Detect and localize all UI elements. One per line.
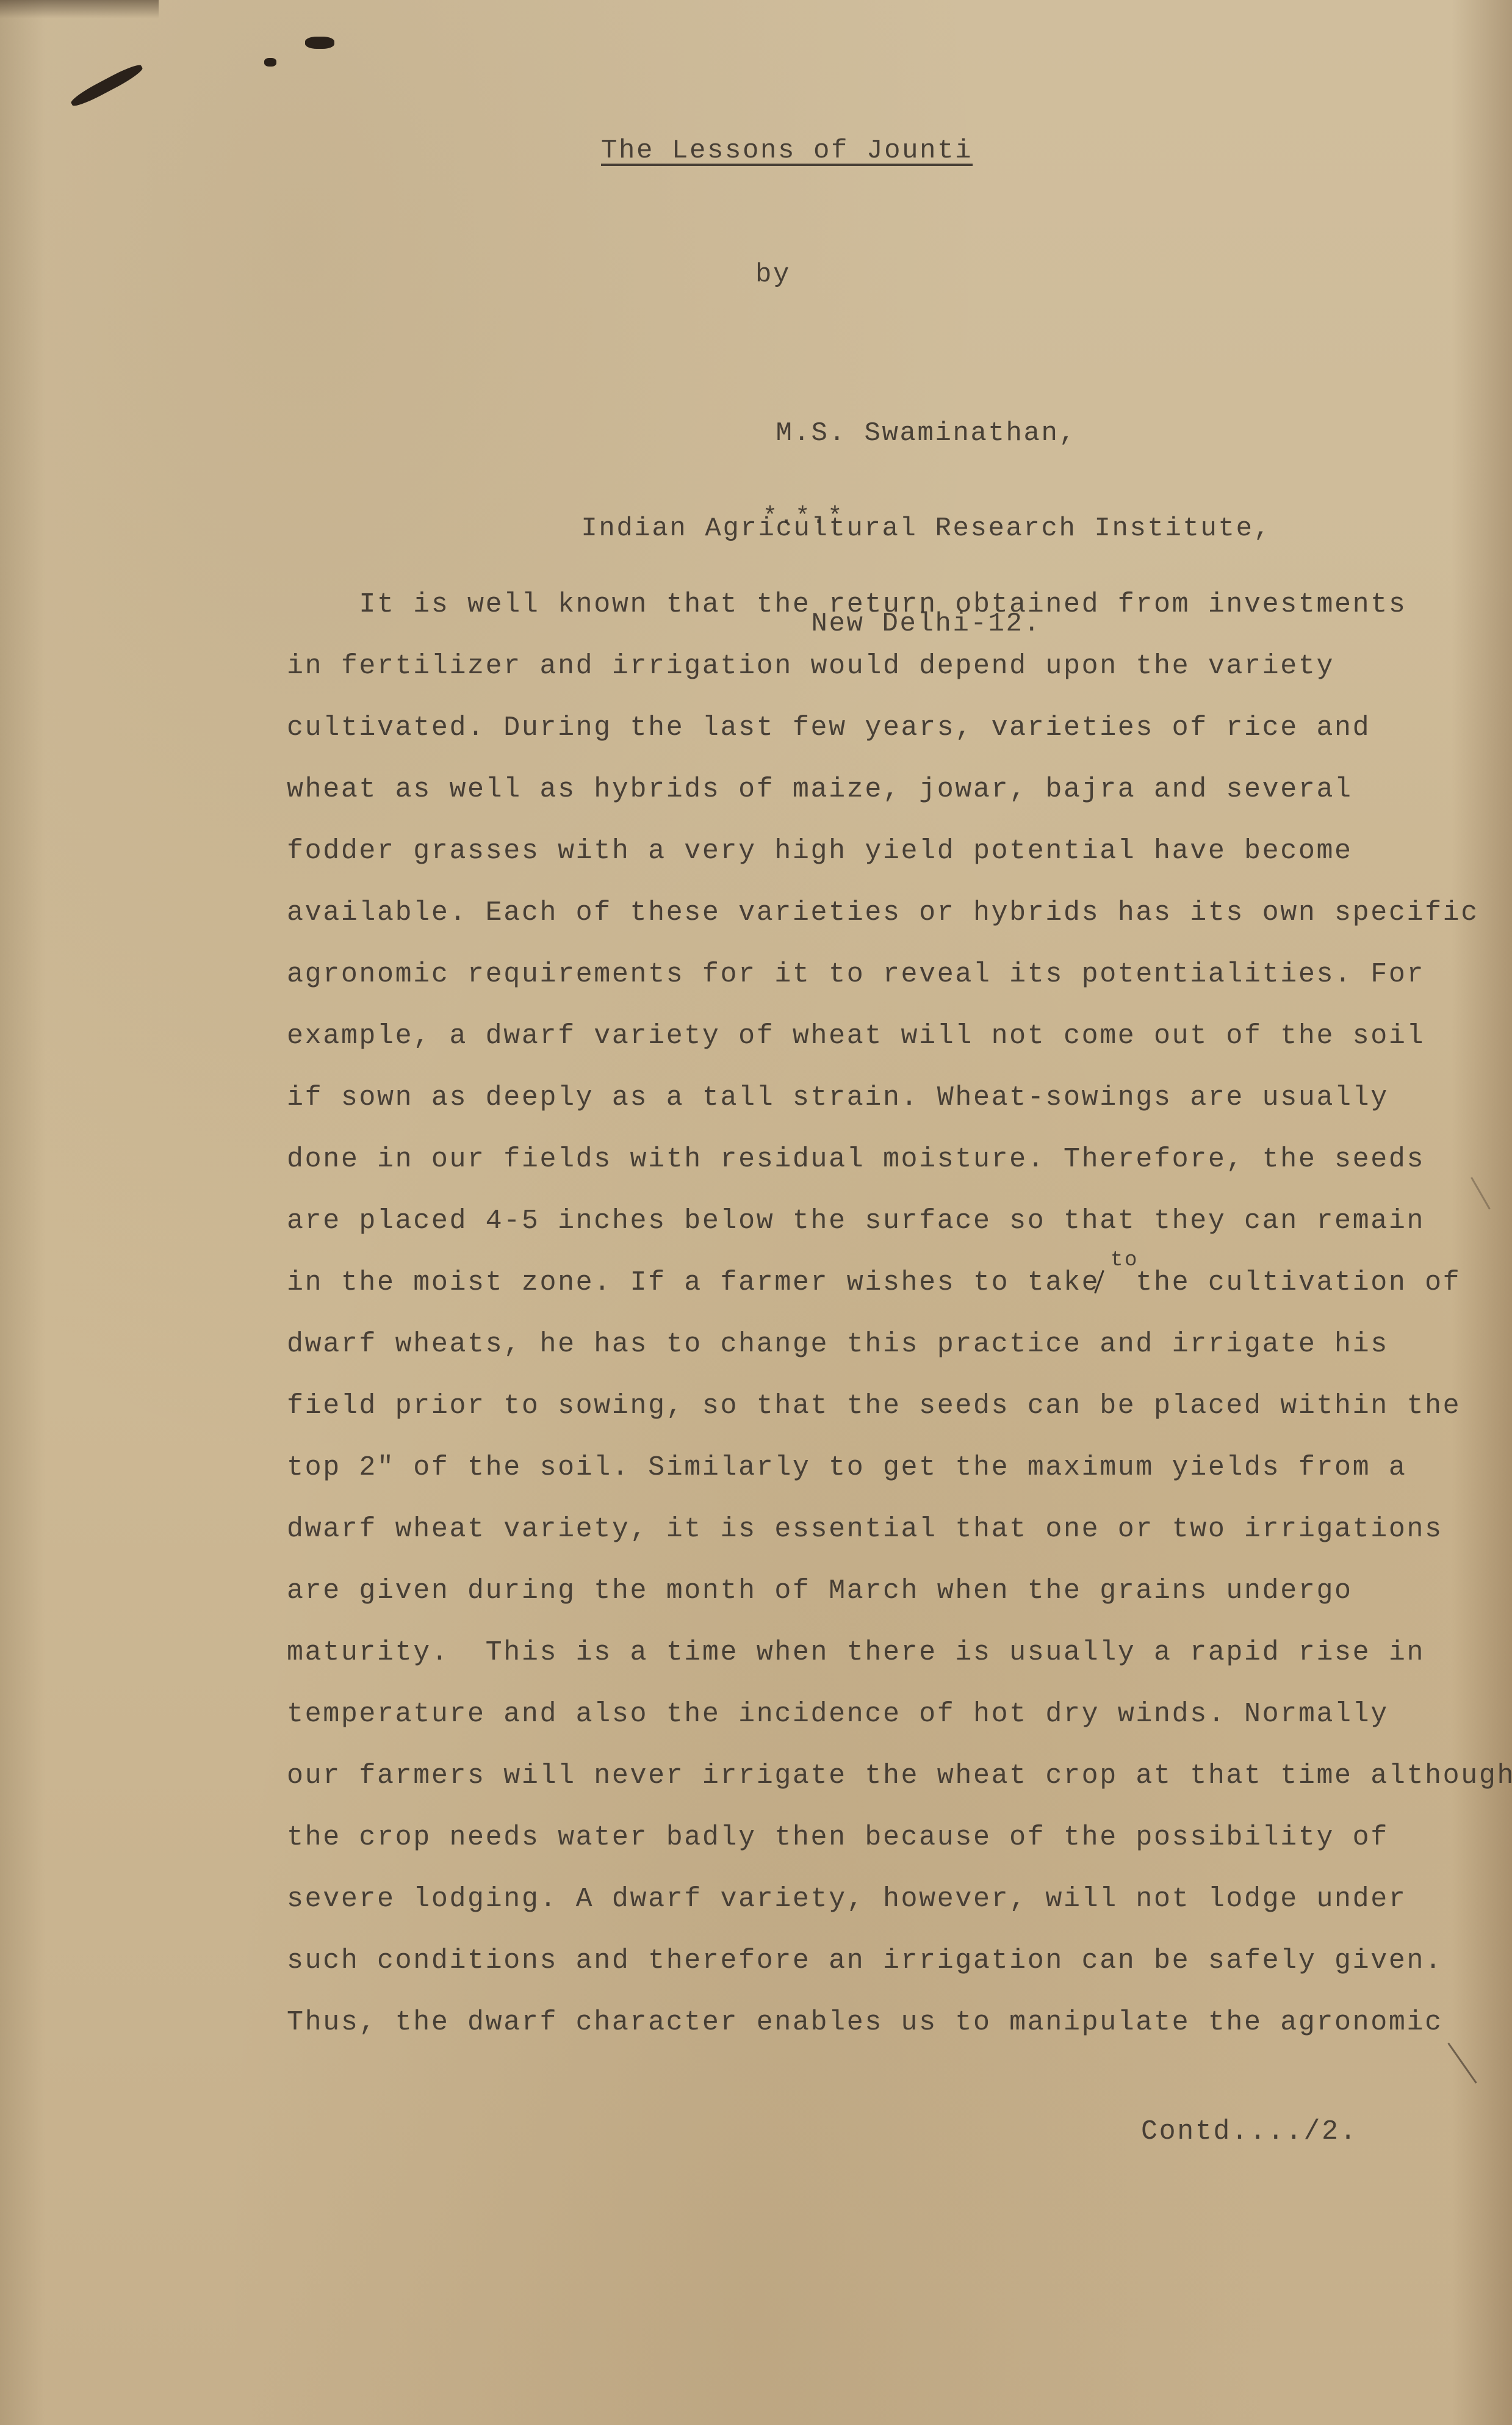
body-line: top 2" of the soil. Similarly to get the… (287, 1454, 1406, 1481)
scan-shadow-corner (0, 0, 159, 18)
pencil-scratch (1447, 2042, 1477, 2083)
body-line: the crop needs water badly then because … (287, 1824, 1389, 1851)
body-line: are given during the month of March when… (287, 1577, 1353, 1605)
body-line: if sown as deeply as a tall strain. Whea… (287, 1084, 1389, 1111)
body-line: Thus, the dwarf character enables us to … (287, 2009, 1443, 2036)
byline: by (755, 261, 791, 288)
author-block: M.S. Swaminathan, Indian Agricultural Re… (469, 354, 1384, 671)
author-name: M.S. Swaminathan, (469, 417, 1384, 449)
body-line: in fertilizer and irrigation would depen… (287, 652, 1334, 680)
body-line: example, a dwarf variety of wheat will n… (287, 1022, 1425, 1050)
body-line: agronomic requirements for it to reveal … (287, 961, 1425, 988)
body-line: are placed 4-5 inches below the surface … (287, 1207, 1425, 1235)
body-line: such conditions and therefore an irrigat… (287, 1947, 1443, 1975)
ink-smudge (264, 58, 276, 67)
handwritten-insertion: to (1111, 1250, 1139, 1271)
body-line: our farmers will never irrigate the whea… (287, 1762, 1512, 1790)
body-line: temperature and also the incidence of ho… (287, 1700, 1389, 1728)
body-line: fodder grasses with a very high yield po… (287, 837, 1353, 865)
body-line: dwarf wheats, he has to change this prac… (287, 1331, 1389, 1358)
body-line: in the moist zone. If a farmer wishes to… (287, 1269, 1461, 1296)
body-line: cultivated. During the last few years, v… (287, 714, 1370, 742)
body-line: severe lodging. A dwarf variety, however… (287, 1885, 1406, 1913)
ink-smudge (305, 37, 334, 49)
body-line: wheat as well as hybrids of maize, jowar… (287, 776, 1353, 803)
ink-smudge (69, 62, 145, 110)
body-line: field prior to sowing, so that the seeds… (287, 1392, 1461, 1420)
body-line: dwarf wheat variety, it is essential tha… (287, 1516, 1443, 1543)
continuation-note: Contd..../2. (1141, 2118, 1358, 2145)
body-line: done in our fields with residual moistur… (287, 1146, 1425, 1173)
body-line: maturity. This is a time when there is u… (287, 1639, 1425, 1666)
body-line: It is well known that the return obtaine… (287, 591, 1406, 618)
document-title: The Lessons of Jounti (601, 137, 973, 164)
body-line: available. Each of these varieties or hy… (287, 899, 1479, 927)
section-separator: *.*.* (763, 505, 844, 530)
pencil-scratch (1471, 1177, 1491, 1209)
author-institution: Indian Agricultural Research Institute, (469, 513, 1384, 544)
